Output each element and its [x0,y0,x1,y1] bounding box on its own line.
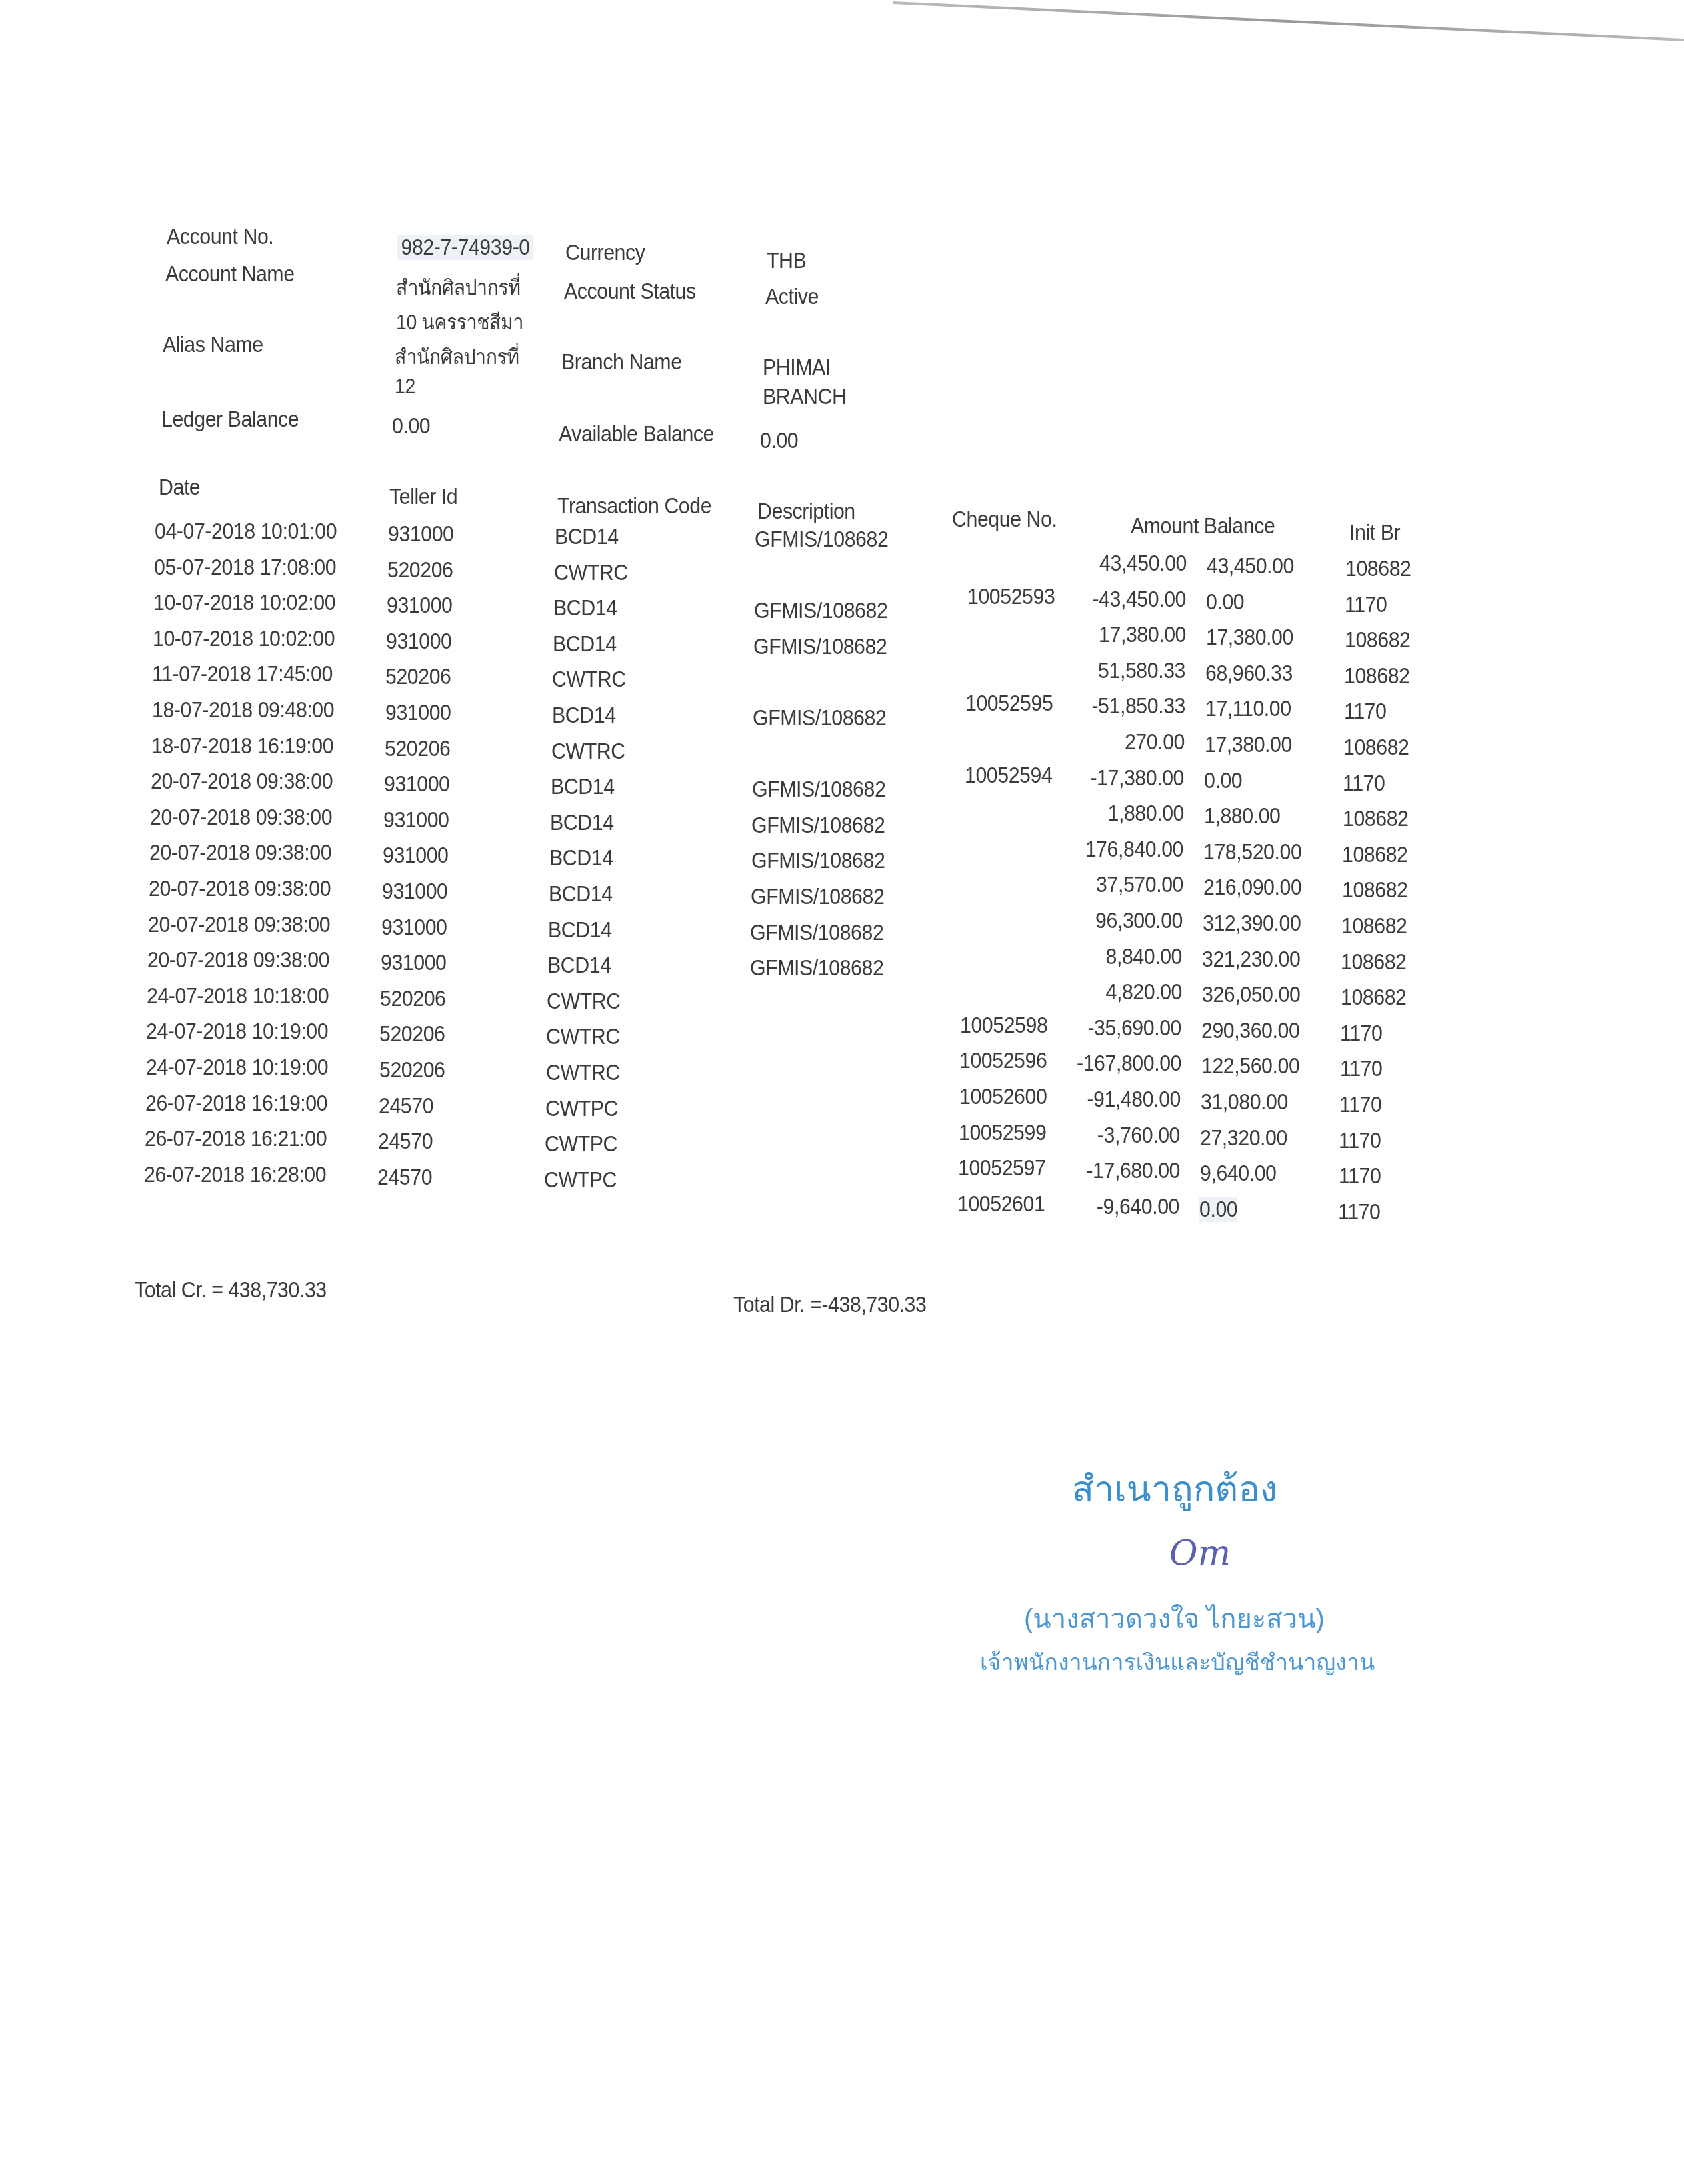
cell-init-br: 108682 [1342,877,1408,903]
cell-amount: 17,380.00 [1008,622,1186,647]
cell-amount: -9,640.00 [1001,1194,1179,1219]
header-amount-balance: Amount Balance [1131,513,1275,539]
cell-date: 26-07-2018 16:21:00 [145,1126,327,1151]
cell-init-br: 1170 [1338,1199,1380,1225]
cell-teller-id: 931000 [387,593,453,618]
cell-balance: 17,380.00 [1205,732,1292,757]
account-no-value: 982-7-74939-0 [397,235,533,260]
account-name-line2: 10 นครราชสีมา [396,305,523,339]
cell-amount: -43,450.00 [1009,587,1187,612]
cell-teller-id: 520206 [387,557,453,583]
signer-position: เจ้าพนักงานการเงินและบัญชีชำนาญงาน [980,1644,1375,1680]
cell-init-br: 108682 [1343,806,1409,831]
cell-amount: 4,820.00 [1004,979,1182,1005]
cell-balance: 0.00 [1199,1197,1237,1222]
cell-init-br: 108682 [1345,556,1411,581]
cell-init-br: 1170 [1345,592,1387,617]
cell-init-br: 1170 [1339,1163,1381,1189]
cell-balance: 312,390.00 [1203,911,1301,936]
cell-balance: 178,520.00 [1203,839,1301,865]
account-name-line1: สำนักศิลปากรที่ [396,271,521,304]
cell-amount: -17,380.00 [1007,765,1185,791]
cell-balance: 17,380.00 [1206,625,1293,650]
cell-description: GFMIS/108682 [753,705,886,731]
cell-transaction-code: BCD14 [549,881,613,907]
alias-name-label: Alias Name [163,332,263,357]
cell-description: GFMIS/108682 [755,527,888,552]
cell-teller-id: 24570 [379,1093,433,1119]
cell-amount: 96,300.00 [1005,908,1183,933]
cell-amount: -167,800.00 [1003,1051,1181,1076]
cell-date: 20-07-2018 09:38:00 [148,912,330,937]
cell-init-br: 108682 [1341,913,1407,939]
cell-transaction-code: BCD14 [555,524,619,549]
cell-description: GFMIS/108682 [751,848,885,873]
cell-date: 10-07-2018 10:02:00 [153,590,335,615]
cell-transaction-code: BCD14 [552,703,616,728]
cell-teller-id: 24570 [378,1129,433,1154]
cell-amount: 270.00 [1007,729,1185,755]
header-transaction-code: Transaction Code [557,493,711,519]
cell-balance: 43,450.00 [1207,553,1294,579]
cell-init-br: 1170 [1340,1021,1382,1046]
cell-init-br: 1170 [1339,1128,1381,1153]
cell-init-br: 108682 [1341,985,1407,1010]
cell-teller-id: 931000 [386,629,452,654]
cell-transaction-code: BCD14 [547,953,611,978]
header-teller-id: Teller Id [389,484,457,509]
cell-teller-id: 520206 [379,1021,445,1047]
ledger-balance-value: 0.00 [392,413,430,439]
cell-balance: 1,880.00 [1204,803,1281,829]
cell-date: 10-07-2018 10:02:00 [153,626,335,651]
cell-date: 24-07-2018 10:19:00 [146,1055,328,1080]
cell-transaction-code: CWTRC [546,1060,620,1085]
cell-transaction-code: BCD14 [548,917,612,943]
cell-date: 20-07-2018 09:38:00 [149,876,331,901]
cell-teller-id: 931000 [383,843,449,868]
cell-teller-id: 520206 [380,986,446,1011]
cell-date: 20-07-2018 09:38:00 [147,947,329,973]
cell-description: GFMIS/108682 [751,813,885,838]
cell-balance: 321,230.00 [1202,947,1300,972]
cell-date: 11-07-2018 17:45:00 [152,661,333,687]
cell-description: GFMIS/108682 [753,634,887,659]
cell-init-br: 108682 [1341,949,1407,975]
cell-amount: 8,840.00 [1005,944,1183,969]
cell-transaction-code: CWTRC [546,1024,620,1049]
total-debit: Total Dr. =-438,730.33 [733,1292,926,1317]
cell-balance: 27,320.00 [1200,1125,1287,1151]
cell-balance: 290,360.00 [1201,1018,1299,1043]
cell-amount: -3,760.00 [1003,1123,1181,1148]
total-credit: Total Cr. = 438,730.33 [135,1277,327,1303]
cell-amount: -35,690.00 [1003,1015,1181,1041]
cell-teller-id: 931000 [384,771,450,797]
stamp-title: สำเนาถูกต้อง [1072,1460,1277,1517]
cell-init-br: 108682 [1343,735,1409,760]
cell-balance: 0.00 [1206,589,1244,615]
cell-teller-id: 520206 [379,1057,445,1083]
alias-name-line2: 12 [395,375,415,399]
alias-name-line1: สำนักศิลปากรที่ [395,340,519,373]
cell-teller-id: 931000 [381,915,447,940]
cell-init-br: 1170 [1339,1092,1381,1117]
cell-date: 04-07-2018 10:01:00 [155,519,337,544]
cell-description: GFMIS/108682 [751,884,884,909]
cell-balance: 122,560.00 [1201,1053,1299,1079]
header-date: Date [159,475,200,500]
branch-name-line2: BRANCH [763,384,846,409]
cell-balance: 31,080.00 [1201,1089,1288,1115]
cell-amount: 1,880.00 [1006,801,1184,826]
cell-init-br: 108682 [1342,842,1408,867]
cell-date: 18-07-2018 16:19:00 [151,733,333,759]
header-init-br: Init Br [1349,520,1400,545]
cell-balance: 68,960.33 [1205,661,1293,686]
account-status-label: Account Status [564,279,696,304]
cell-transaction-code: BCD14 [549,845,613,871]
cell-date: 18-07-2018 09:48:00 [152,697,334,723]
cell-transaction-code: BCD14 [551,774,615,799]
cell-date: 05-07-2018 17:08:00 [154,555,336,580]
cell-description: GFMIS/108682 [750,920,883,945]
cell-date: 26-07-2018 16:19:00 [145,1091,327,1116]
branch-name-line1: PHIMAI [763,355,831,380]
account-name-label: Account Name [165,261,295,287]
scan-edge-line [893,1,1684,42]
ledger-balance-label: Ledger Balance [161,407,299,432]
cell-description: GFMIS/108682 [752,777,885,802]
cell-teller-id: 931000 [382,879,448,904]
cell-teller-id: 520206 [385,664,451,689]
cell-init-br: 108682 [1344,663,1410,689]
cell-teller-id: 24570 [377,1165,432,1190]
cell-amount: 43,450.00 [1009,551,1187,576]
header-description: Description [757,499,855,524]
account-status-value: Active [765,284,819,309]
cell-amount: -51,850.33 [1007,693,1185,719]
account-no-label: Account No. [167,224,273,249]
cell-date: 26-07-2018 16:28:00 [144,1162,326,1187]
cell-teller-id: 931000 [383,807,449,833]
cell-balance: 0.00 [1204,768,1242,793]
cell-amount: 37,570.00 [1005,872,1183,897]
cell-teller-id: 931000 [388,521,454,547]
cell-balance: 9,640.00 [1200,1161,1277,1186]
header-cheque-no: Cheque No. [952,507,1057,532]
cell-teller-id: 931000 [381,950,447,975]
cell-init-br: 1170 [1343,771,1385,796]
cell-amount: 176,840.00 [1005,837,1183,862]
cell-init-br: 1170 [1340,1056,1382,1081]
cell-balance: 17,110.00 [1205,696,1291,721]
cell-description: GFMIS/108682 [754,598,887,623]
cell-balance: 216,090.00 [1203,875,1301,900]
cell-init-br: 1170 [1344,699,1386,724]
cell-transaction-code: CWTRC [552,667,626,692]
signer-name: (นางสาวดวงใจ ไกยะสวน) [1024,1597,1325,1640]
cell-teller-id: 520206 [385,736,451,761]
cell-transaction-code: CWTPC [545,1096,618,1121]
cell-transaction-code: BCD14 [550,810,614,835]
cell-init-br: 108682 [1345,627,1411,653]
cell-transaction-code: CWTPC [544,1167,617,1193]
cell-date: 24-07-2018 10:18:00 [147,983,329,1009]
cell-date: 20-07-2018 09:38:00 [149,840,331,865]
signature: Om [1169,1533,1231,1573]
cell-transaction-code: BCD14 [553,631,617,657]
cell-amount: -17,680.00 [1002,1158,1180,1183]
cell-amount: 51,580.33 [1007,658,1185,683]
cell-date: 20-07-2018 09:38:00 [151,769,333,794]
cell-amount: -91,480.00 [1003,1087,1181,1112]
cell-transaction-code: CWTRC [547,989,621,1014]
currency-value: THB [767,248,806,273]
branch-name-label: Branch Name [561,349,682,375]
currency-label: Currency [565,240,645,265]
cell-description: GFMIS/108682 [750,955,883,981]
cell-transaction-code: CWTPC [545,1131,617,1157]
cell-balance: 326,050.00 [1202,982,1300,1007]
cell-transaction-code: CWTRC [554,560,628,585]
cell-date: 20-07-2018 09:38:00 [150,805,332,830]
cell-transaction-code: BCD14 [553,595,617,621]
cell-transaction-code: CWTRC [551,739,625,764]
cell-date: 24-07-2018 10:19:00 [146,1019,328,1044]
available-balance-value: 0.00 [760,428,798,453]
available-balance-label: Available Balance [559,421,714,447]
cell-teller-id: 931000 [385,700,451,725]
